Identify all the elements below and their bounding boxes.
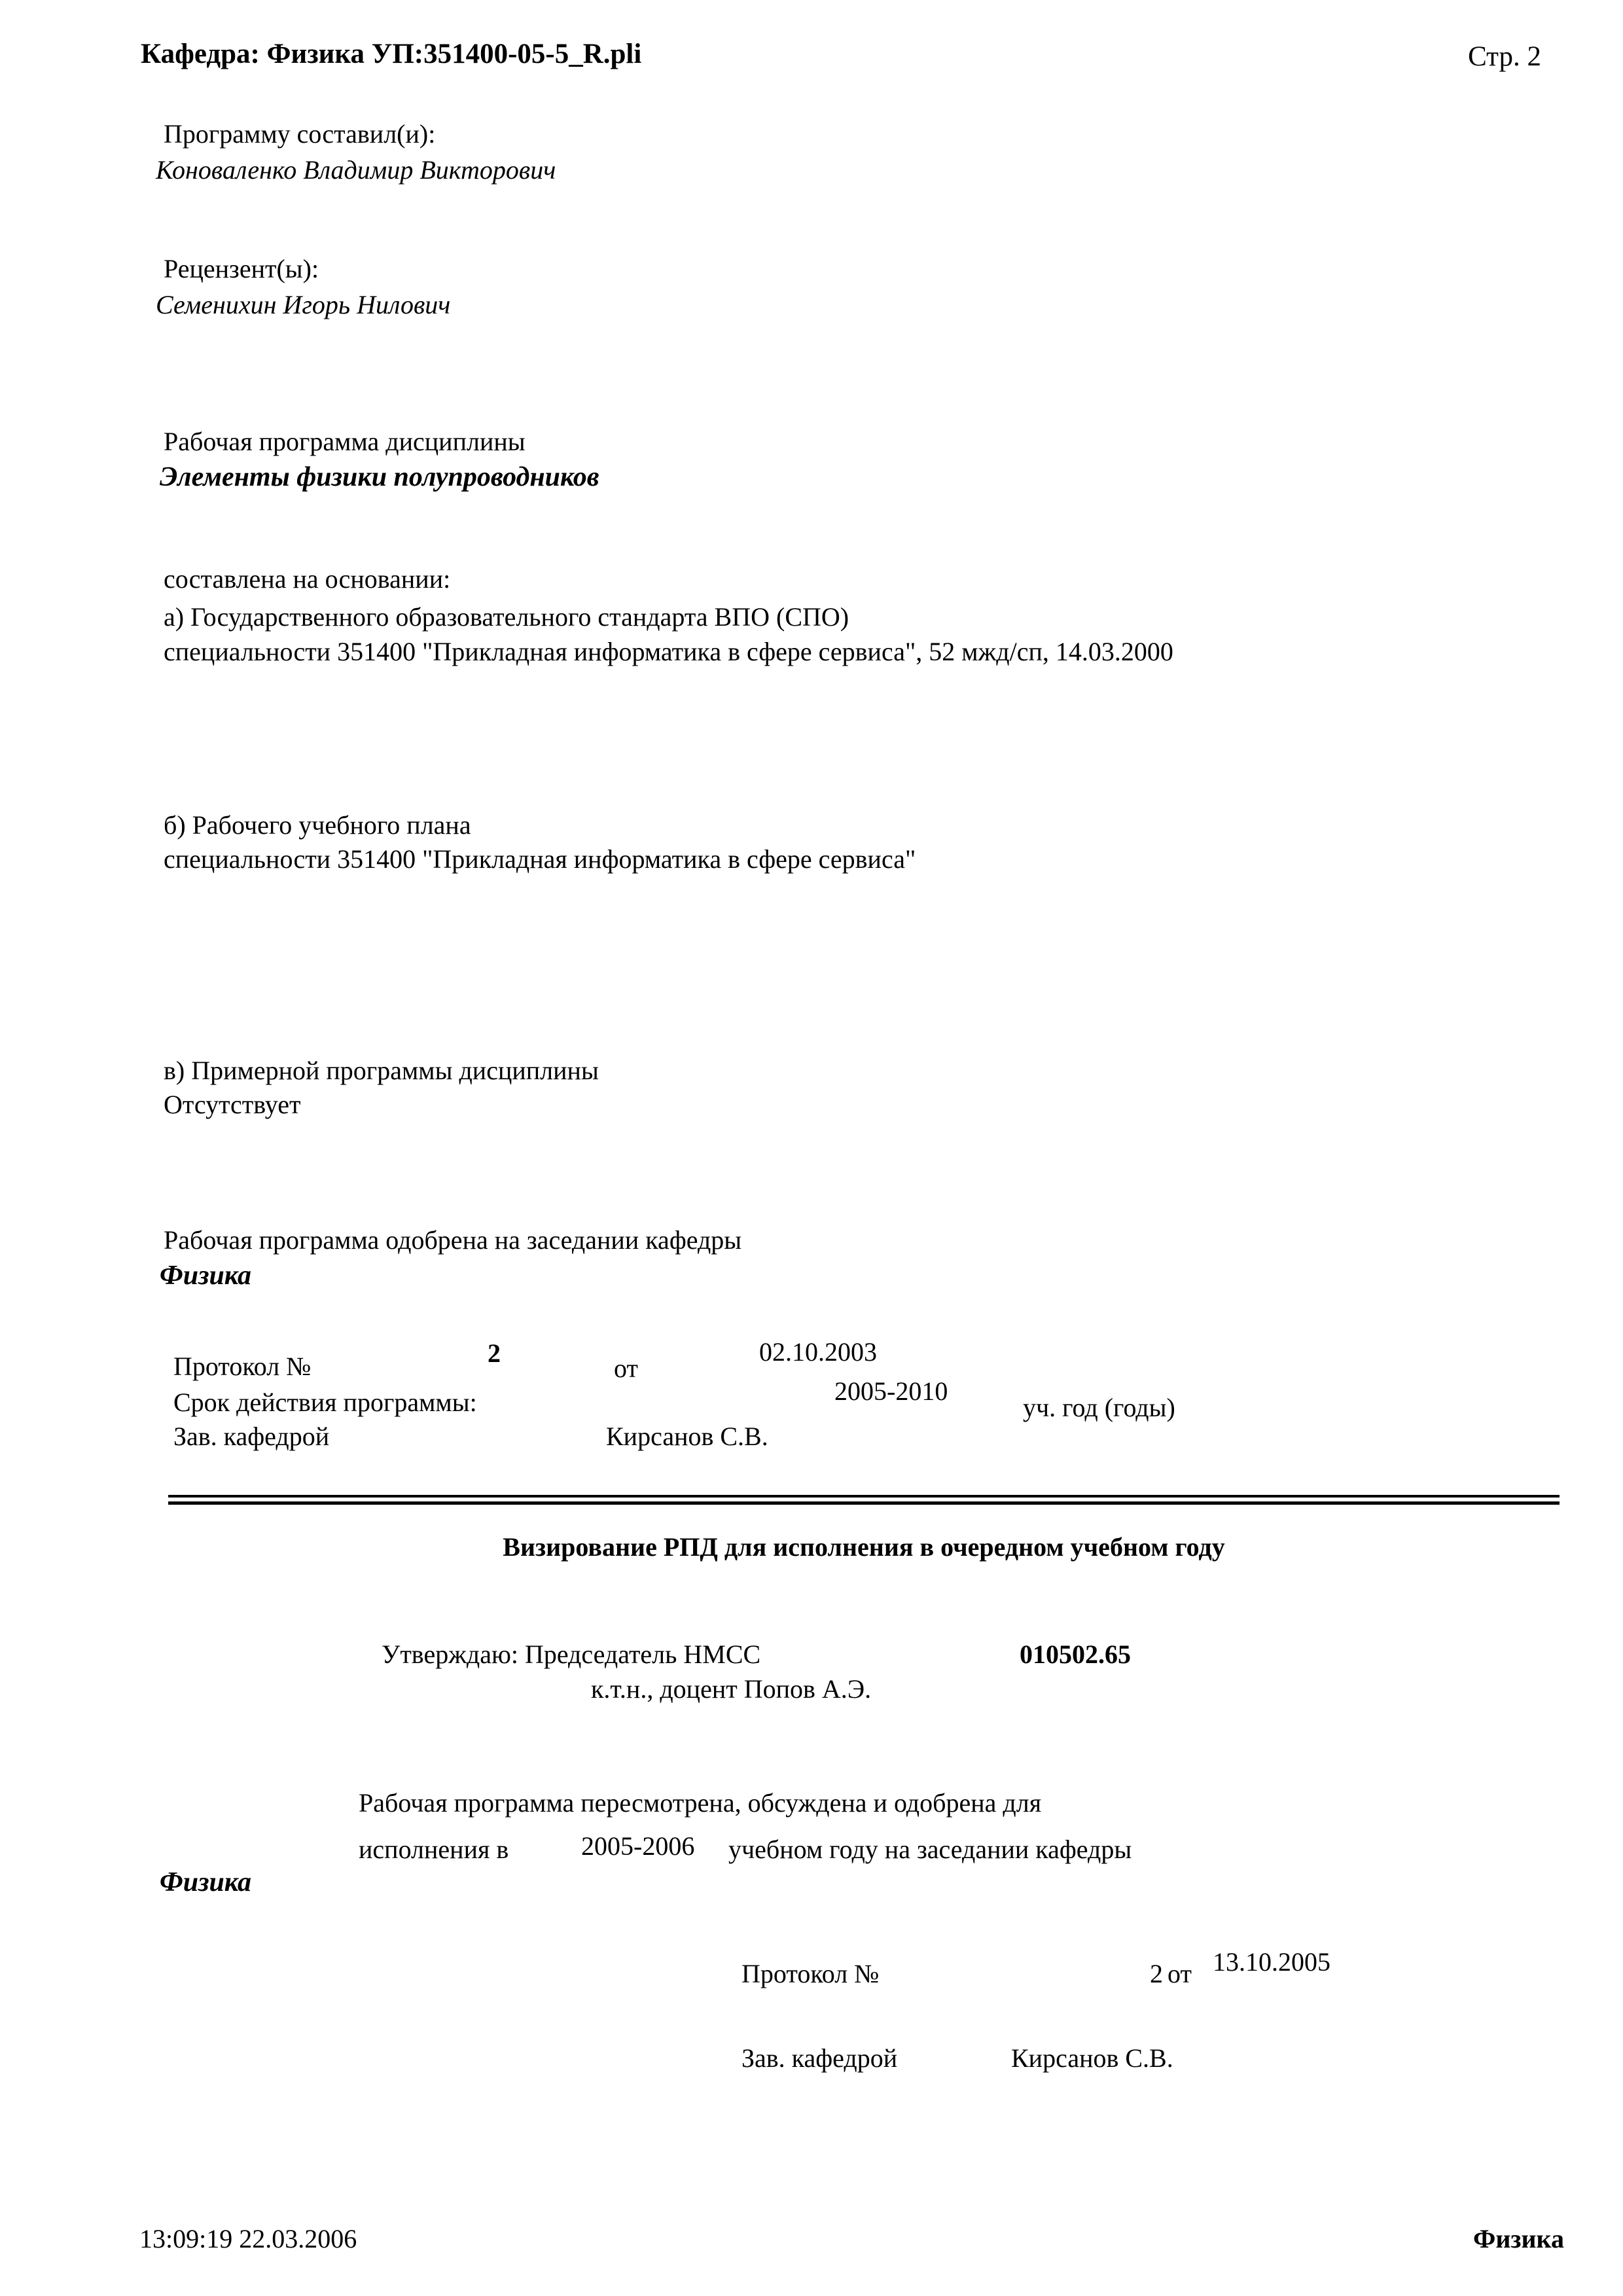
program-title: Элементы физики полупроводников (160, 461, 599, 493)
validity-years: 2005-2010 (834, 1376, 948, 1407)
basis-curriculum-line1: б) Рабочего учебного плана (164, 810, 471, 840)
protocol-date: 02.10.2003 (759, 1337, 877, 1367)
vising-protocol-date: 13.10.2005 (1213, 1947, 1330, 1977)
basis-standard-line2: специальности 351400 "Прикладная информа… (164, 637, 1173, 667)
vising-head-label: Зав. кафедрой (741, 2043, 897, 2073)
basis-sample-line2: Отсутствует (164, 1090, 301, 1120)
head-of-department-name: Кирсанов С.В. (606, 1422, 768, 1452)
footer-department: Физика (1473, 2224, 1564, 2254)
vising-head-name: Кирсанов С.В. (1011, 2043, 1173, 2073)
head-of-department-label: Зав. кафедрой (173, 1422, 329, 1452)
composer-label: Программу составил(и): (164, 119, 435, 149)
validity-suffix: уч. год (годы) (1023, 1393, 1175, 1423)
approval-line: Рабочая программа одобрена на заседании … (164, 1225, 741, 1255)
reviewer-name: Семенихин Игорь Нилович (156, 290, 450, 320)
protocol-label: Протокол № (173, 1352, 311, 1382)
vising-revision-year: 2005-2006 (581, 1831, 694, 1861)
basis-intro: составлена на основании: (164, 564, 450, 594)
vising-revision-line1: Рабочая программа пересмотрена, обсужден… (359, 1788, 1041, 1818)
vising-approver: к.т.н., доцент Попов А.Э. (591, 1674, 871, 1704)
basis-standard-line1: а) Государственного образовательного ста… (164, 602, 849, 632)
section-divider-double-rule (168, 1495, 1560, 1505)
vising-approve-label: Утверждаю: Председатель НМСС (382, 1640, 760, 1670)
protocol-number: 2 (488, 1338, 501, 1369)
composer-name: Коноваленко Владимир Викторович (156, 155, 556, 185)
header-page-number: Стр. 2 (1468, 41, 1541, 73)
vising-protocol-number: 2 (1150, 1959, 1163, 1989)
protocol-ot: от (614, 1354, 638, 1384)
vising-revision-line2-suffix: учебном году на заседании кафедры (728, 1835, 1132, 1865)
validity-label: Срок действия программы: (173, 1388, 477, 1418)
vising-revision-line2-prefix: исполнения в (359, 1835, 508, 1865)
basis-curriculum-line2: специальности 351400 "Прикладная информа… (164, 844, 916, 874)
vising-code: 010502.65 (1020, 1640, 1131, 1670)
document-page: Кафедра: Физика УП:351400-05-5_R.pli Стр… (0, 0, 1623, 2296)
vising-protocol-label: Протокол № (741, 1959, 879, 1989)
header-document-id: Кафедра: Физика УП:351400-05-5_R.pli (141, 38, 641, 70)
vising-title: Визирование РПД для исполнения в очередн… (168, 1532, 1560, 1562)
approval-department: Физика (160, 1260, 251, 1291)
vising-department: Физика (160, 1867, 251, 1898)
program-label: Рабочая программа дисциплины (164, 427, 526, 457)
reviewer-label: Рецензент(ы): (164, 254, 319, 284)
basis-sample-line1: в) Примерной программы дисциплины (164, 1056, 599, 1086)
footer-timestamp: 13:09:19 22.03.2006 (139, 2224, 357, 2254)
vising-protocol-ot: от (1168, 1959, 1192, 1989)
